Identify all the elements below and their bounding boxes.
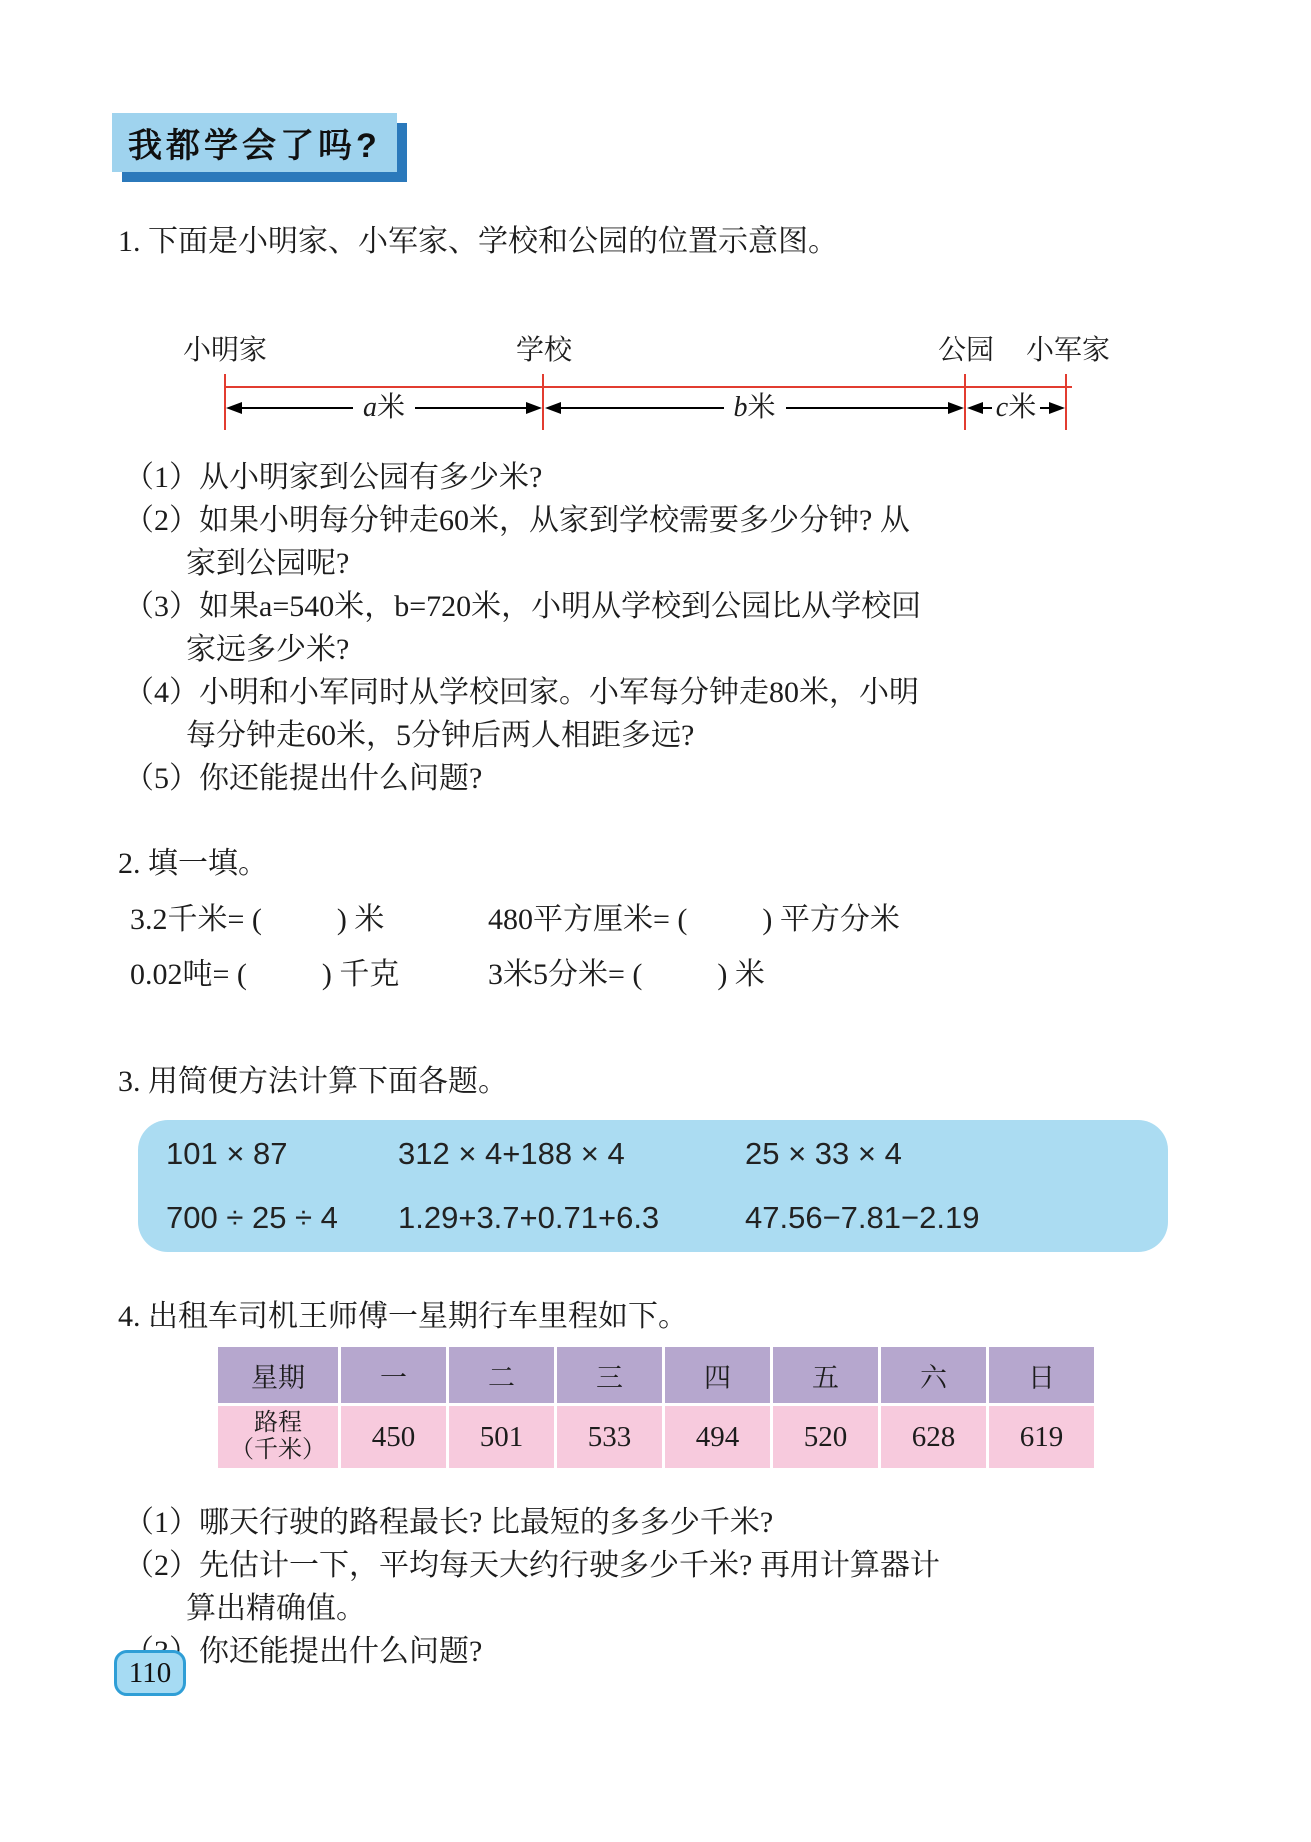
title-banner: 我都学会了吗? — [112, 113, 397, 172]
table-data-cell: 494 — [665, 1406, 770, 1468]
row-label-line2: （千米） — [218, 1437, 338, 1464]
distance-arrow-b: b米 — [545, 394, 964, 422]
mileage-table: 星期 一 二 三 四 五 六 日 路程 （千米） 450 501 533 494… — [215, 1344, 1097, 1471]
problem-expression: 312 × 4+188 × 4 — [398, 1136, 745, 1172]
blank-item: 3.2千米= ( ) 米 — [130, 894, 488, 938]
table-header-row: 星期 一 二 三 四 五 六 日 — [218, 1347, 1094, 1403]
distance-arrow-c: c米 — [967, 394, 1065, 422]
question-line: （1）哪天行驶的路程最长? 比最短的多多少千米? — [124, 1501, 940, 1544]
blank-item: 0.02吨= ( ) 千克 — [130, 949, 488, 993]
arrowhead-right-icon — [526, 402, 542, 414]
segment-label-c: c米 — [992, 394, 1040, 422]
textbook-page: 我都学会了吗? 1. 下面是小明家、小军家、学校和公园的位置示意图。 小明家 学… — [0, 0, 1311, 1842]
arrowhead-left-icon — [226, 402, 242, 414]
q4-subquestions: （1）哪天行驶的路程最长? 比最短的多多少千米? （2）先估计一下，平均每天大约… — [124, 1501, 940, 1673]
row-label-line1: 路程 — [218, 1410, 338, 1437]
table-header-cell: 六 — [881, 1347, 986, 1403]
table-header-cell: 星期 — [218, 1347, 338, 1403]
row-label-cell: 路程 （千米） — [218, 1406, 338, 1468]
table-data-row: 路程 （千米） 450 501 533 494 520 628 619 — [218, 1406, 1094, 1468]
question-line: （3）你还能提出什么问题? — [124, 1630, 940, 1673]
problem-expression: 101 × 87 — [166, 1136, 398, 1172]
table-header-cell: 三 — [557, 1347, 662, 1403]
question-line: （5）你还能提出什么问题? — [124, 757, 921, 800]
segment-label-b: b米 — [724, 394, 786, 422]
blank-item: 480平方厘米= ( ) 平方分米 — [488, 894, 900, 938]
question-line-continuation: 算出精确值。 — [124, 1587, 940, 1630]
problem-expression: 700 ÷ 25 ÷ 4 — [166, 1200, 398, 1236]
arrowhead-left-icon — [545, 402, 561, 414]
problems-box: 101 × 87 312 × 4+188 × 4 25 × 33 × 4 700… — [138, 1120, 1168, 1252]
question-line: （4）小明和小军同时从学校回家。小军每分钟走80米，小明 — [124, 671, 921, 714]
arrowhead-right-icon — [948, 402, 964, 414]
tick-mark — [1065, 374, 1067, 430]
page-number: 110 — [129, 1657, 171, 1690]
tick-mark — [964, 374, 966, 430]
table-header-cell: 一 — [341, 1347, 446, 1403]
page-number-badge: 110 — [114, 1650, 186, 1696]
question-line: （2）先估计一下，平均每天大约行驶多少千米? 再用计算器计 — [124, 1544, 940, 1587]
location-label-xiaojun-home: 小军家 — [1026, 328, 1110, 368]
location-label-school: 学校 — [516, 328, 572, 368]
arrowhead-left-icon — [967, 402, 983, 414]
q1-heading: 1. 下面是小明家、小军家、学校和公园的位置示意图。 — [118, 216, 838, 260]
question-line-continuation: 每分钟走60米，5分钟后两人相距多远? — [124, 714, 921, 757]
table-data-cell: 520 — [773, 1406, 878, 1468]
table-header-cell: 四 — [665, 1347, 770, 1403]
question-line: （1）从小明家到公园有多少米? — [124, 456, 921, 499]
q1-subquestions: （1）从小明家到公园有多少米? （2）如果小明每分钟走60米，从家到学校需要多少… — [124, 456, 921, 800]
table-data-cell: 628 — [881, 1406, 986, 1468]
distance-arrow-a: a米 — [226, 394, 542, 422]
q4-heading: 4. 出租车司机王师傅一星期行车里程如下。 — [118, 1291, 688, 1335]
arrowhead-right-icon — [1049, 402, 1065, 414]
q3-heading: 3. 用简便方法计算下面各题。 — [118, 1056, 508, 1100]
problem-expression: 25 × 33 × 4 — [745, 1136, 1168, 1172]
question-line: （3）如果a=540米，b=720米，小明从学校到公园比从学校回 — [124, 585, 921, 628]
page-title: 我都学会了吗? — [128, 127, 381, 165]
question-line-continuation: 家远多少米? — [124, 628, 921, 671]
question-line: （2）如果小明每分钟走60米，从家到学校需要多少分钟? 从 — [124, 499, 921, 542]
table-data-cell: 501 — [449, 1406, 554, 1468]
problem-expression: 1.29+3.7+0.71+6.3 — [398, 1200, 745, 1236]
location-diagram: 小明家 学校 公园 小军家 a米 b米 c米 — [0, 322, 1311, 452]
table-data-cell: 450 — [341, 1406, 446, 1468]
distance-baseline — [224, 386, 1072, 388]
q2-heading: 2. 填一填。 — [118, 838, 268, 882]
tick-mark — [542, 374, 544, 430]
location-label-xiaoming-home: 小明家 — [183, 328, 267, 368]
table-data-cell: 533 — [557, 1406, 662, 1468]
table-header-cell: 二 — [449, 1347, 554, 1403]
q2-blanks: 3.2千米= ( ) 米 480平方厘米= ( ) 平方分米 0.02吨= ( … — [130, 894, 900, 993]
blank-item: 3米5分米= ( ) 米 — [488, 949, 900, 993]
location-label-park: 公园 — [938, 328, 994, 368]
problem-expression: 47.56−7.81−2.19 — [745, 1200, 1168, 1236]
table-header-cell: 日 — [989, 1347, 1094, 1403]
segment-label-a: a米 — [353, 394, 415, 422]
question-line-continuation: 家到公园呢? — [124, 542, 921, 585]
table-data-cell: 619 — [989, 1406, 1094, 1468]
table-header-cell: 五 — [773, 1347, 878, 1403]
